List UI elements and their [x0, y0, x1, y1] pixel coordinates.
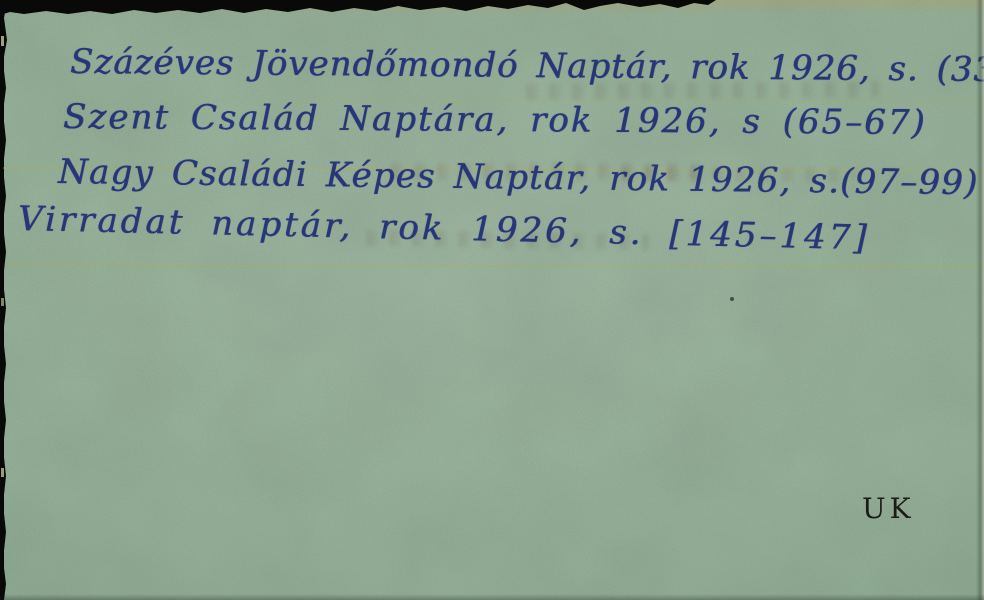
handwritten-line-2: Szent Család Naptára, rok 1926, s (65–67… [63, 97, 927, 143]
card-bottom-edge [0, 594, 984, 600]
ink-speck [730, 297, 734, 301]
card-right-edge [976, 0, 984, 600]
scanned-catalog-card: Százéves Jövendőmondó Naptár, rok 1926, … [0, 0, 984, 600]
library-stamp-uk: UK [862, 492, 915, 525]
torn-edge-top [0, 0, 740, 18]
torn-edge-left [0, 0, 12, 600]
